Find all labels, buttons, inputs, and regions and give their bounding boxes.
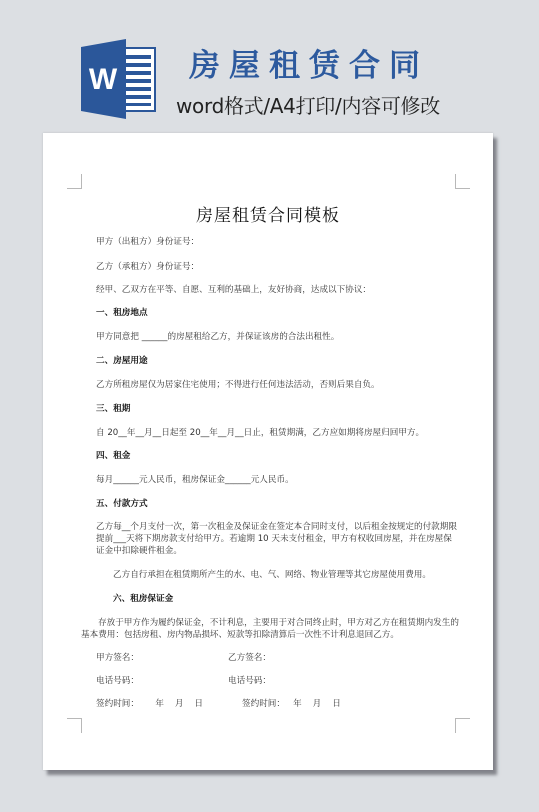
party-b-id: 乙方（承租方）身份证号： <box>96 261 466 273</box>
section-body: 甲方同意把 ______的房屋租给乙方，并保证该房的合法出租性。 <box>96 331 466 343</box>
svg-text:W: W <box>89 63 118 96</box>
section-body: 自 20__年__月__日起至 20__年__月__日止，租赁期满，乙方应如期将… <box>96 427 466 439</box>
section-body: 每月______元人民币，租房保证金______元人民币。 <box>96 474 466 486</box>
word-icon: W <box>81 39 158 119</box>
document-page: 房屋租赁合同模板 甲方（出租方）身份证号： 乙方（承租方）身份证号： 经甲、乙双… <box>43 133 493 770</box>
party-a-id: 甲方（出租方）身份证号： <box>96 236 466 248</box>
party-a-date: 签约时间： 年 月 日 <box>96 698 203 710</box>
margin-corner-bottom-left <box>67 718 82 733</box>
banner-title: 房屋租赁合同 <box>189 46 429 86</box>
document-title: 房屋租赁合同模板 <box>43 201 493 226</box>
section-body: 乙方所租房屋仅为居家住宅使用；不得进行任何违法活动，否则后果自负。 <box>96 379 466 391</box>
party-a-signature: 甲方签名： <box>96 652 139 664</box>
banner: W 房屋租赁合同 word格式/A4打印/内容可修改 <box>0 0 539 130</box>
party-b-signature: 乙方签名： <box>228 652 271 664</box>
party-b-phone: 电话号码： <box>228 675 271 687</box>
section-heading: 五、付款方式 <box>96 498 466 510</box>
section-body: 乙方每__个月支付一次，第一次租金及保证金在签定本合同时支付，以后租金按规定的付… <box>96 521 458 557</box>
party-b-date: 签约时间： 年 月 日 <box>242 698 341 710</box>
margin-corner-top-right <box>455 174 470 189</box>
section-heading: 三、租期 <box>96 403 466 415</box>
preamble: 经甲、乙双方在平等、自愿、互利的基础上，友好协商，达成以下协议： <box>96 284 466 296</box>
section-heading: 六、租房保证金 <box>96 593 466 605</box>
section-heading: 四、租金 <box>96 450 466 462</box>
party-a-phone: 电话号码： <box>96 675 139 687</box>
banner-subtitle: word格式/A4打印/内容可修改 <box>176 94 440 118</box>
margin-corner-top-left <box>67 174 82 189</box>
section-body: 存放于甲方作为履约保证金，不计利息，主要用于对合同终止时，甲方对乙方在租赁期内发… <box>81 617 463 641</box>
section-heading: 二、房屋用途 <box>96 355 466 367</box>
margin-corner-bottom-right <box>455 718 470 733</box>
section-heading: 一、租房地点 <box>96 307 466 319</box>
section-body-2: 乙方自行承担在租赁期所产生的水、电、气、网络、物业管理等其它房屋使用费用。 <box>96 569 466 581</box>
